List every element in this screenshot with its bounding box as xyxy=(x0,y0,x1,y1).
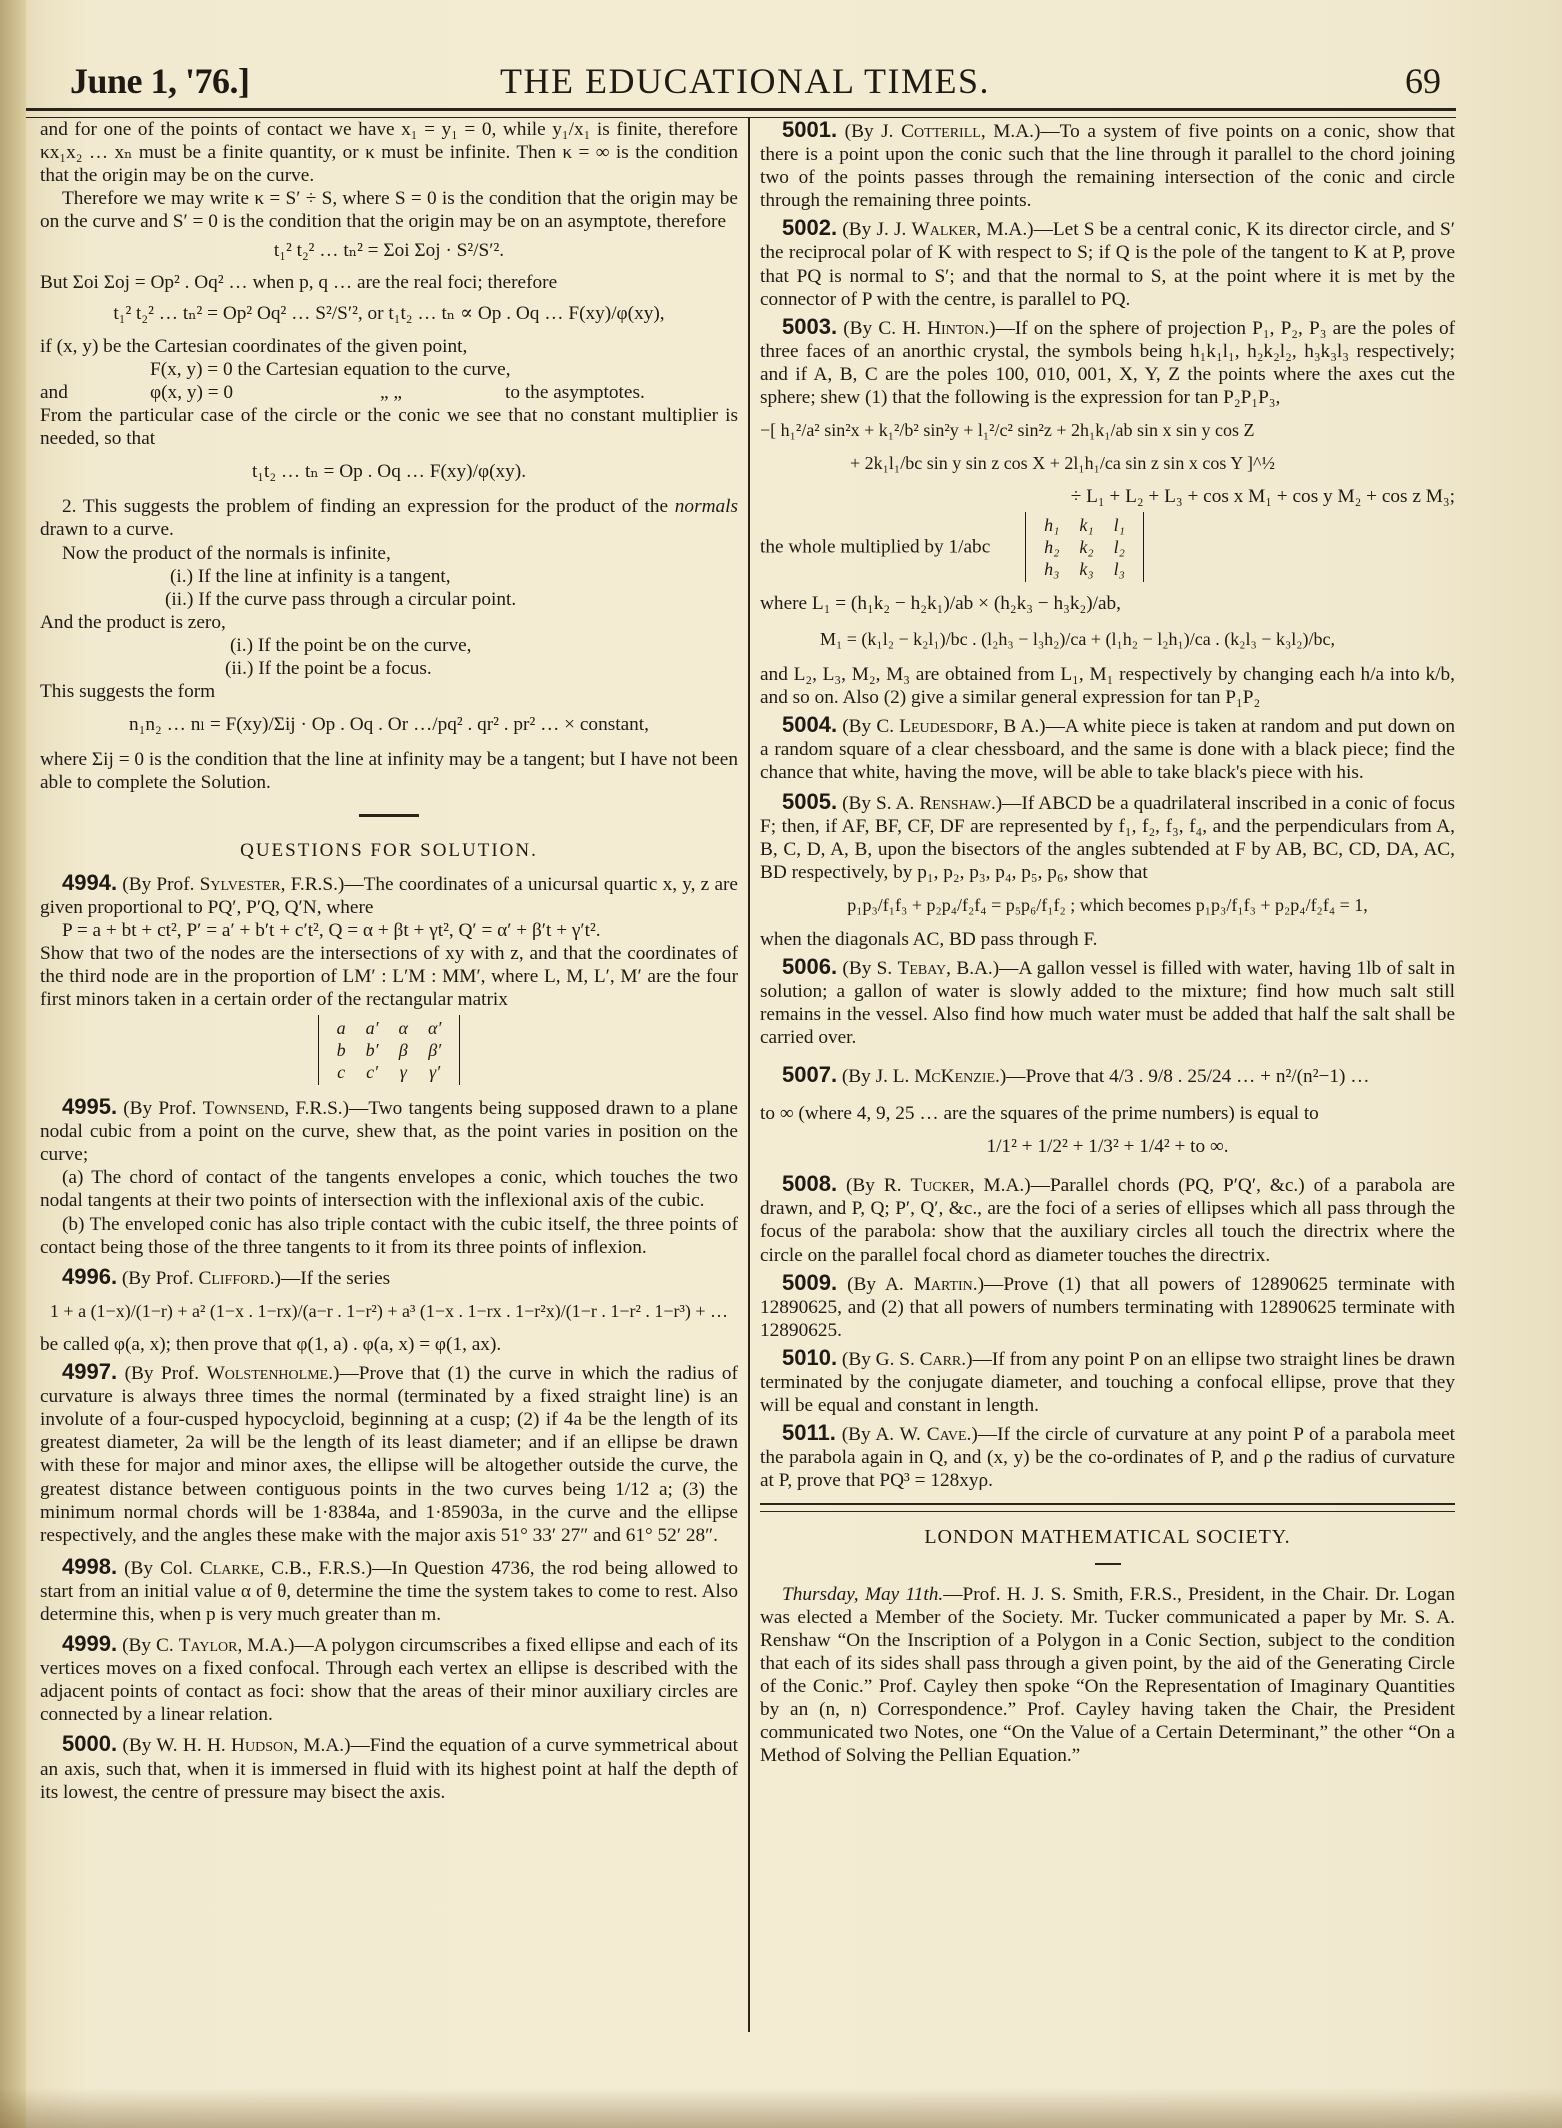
equation: n₁n₂ … nₗ = F(xy)/Σij · Op . Oq . Or …/p… xyxy=(40,713,738,736)
matrix-cell: a′ xyxy=(356,1017,389,1039)
list-item: (ii.) If the curve pass through a circul… xyxy=(40,588,738,611)
paragraph: Now the product of the normals is infini… xyxy=(40,542,738,565)
question-4994: 4994. (By Prof. Sylvester, F.R.S.)—The c… xyxy=(40,871,738,919)
section-rule xyxy=(760,1503,1455,1512)
matrix-wrap: aa′αα′bb′ββ′cc′γγ′ xyxy=(40,1015,738,1085)
equation: + 2k₁l₁/bc sin y sin z cos X + 2l₁h₁/ca … xyxy=(760,452,1455,475)
paragraph: From the particular case of the circle o… xyxy=(40,404,738,450)
matrix-cell: γ′ xyxy=(418,1061,451,1083)
paragraph: Therefore we may write κ = S′ ÷ S, where… xyxy=(40,187,738,233)
book-spine-shadow xyxy=(0,0,26,2128)
question-5007: 5007. (By J. L. McKenzie.)—Prove that 4/… xyxy=(760,1063,1455,1088)
paragraph: be called φ(a, x); then prove that φ(1, … xyxy=(40,1333,738,1356)
equation-text: φ(x, y) = 0 xyxy=(150,381,380,404)
short-rule xyxy=(1095,1563,1121,1565)
matrix-cell: a xyxy=(327,1017,356,1039)
section-rule xyxy=(359,814,419,817)
matrix-row: bb′ββ′ xyxy=(327,1039,452,1061)
matrix-row: h₂k₂l₂ xyxy=(1034,536,1135,558)
question-5009: 5009. (By A. Martin.)—Prove (1) that all… xyxy=(760,1271,1455,1342)
paragraph: and L₂, L₃, M₂, M₃ are obtained from L₁,… xyxy=(760,663,1455,709)
paragraph: where Σij = 0 is the condition that the … xyxy=(40,748,738,794)
matrix-row: aa′αα′ xyxy=(327,1017,452,1039)
determinant-matrix: h₁k₁l₁h₂k₂l₂h₃k₃l₃ xyxy=(1025,512,1144,582)
paragraph: Show that two of the nodes are the inter… xyxy=(40,942,738,1011)
list-item: (ii.) If the point be a focus. xyxy=(40,657,738,680)
matrix-row: cc′γγ′ xyxy=(327,1061,452,1083)
equation: t₁t₂ … tₙ = Op . Oq … F(xy)/φ(xy). xyxy=(40,460,738,483)
question-5008: 5008. (By R. Tucker, M.A.)—Parallel chor… xyxy=(760,1172,1455,1266)
paragraph: when the diagonals AC, BD pass through F… xyxy=(760,928,1455,951)
equation: t₁² t₂² … tₙ² = Σoi Σoj · S²/S′². xyxy=(40,239,738,262)
equation: −[ h₁²/a² sin²x + k₁²/b² sin²y + l₁²/c² … xyxy=(760,419,1455,442)
list-item: (i.) If the line at infinity is a tangen… xyxy=(40,565,738,588)
matrix-cell: l₂ xyxy=(1104,536,1135,558)
equation-text: the whole multiplied by 1/abc xyxy=(760,537,990,558)
equation-row: andφ(x, y) = 0„ „to the asymptotes. xyxy=(40,381,738,404)
section-title: QUESTIONS FOR SOLUTION. xyxy=(40,839,738,862)
matrix-cell: c xyxy=(327,1061,356,1083)
paragraph: 2. This suggests the problem of finding … xyxy=(40,495,738,541)
question-4997: 4997. (By Prof. Wolstenholme.)—Prove tha… xyxy=(40,1360,738,1547)
journal-title: THE EDUCATIONAL TIMES. xyxy=(500,60,990,102)
paragraph: (b) The enveloped conic has also triple … xyxy=(40,1213,738,1259)
question-4998: 4998. (By Col. Clarke, C.B., F.R.S.)—In … xyxy=(40,1555,738,1626)
question-5006: 5006. (By S. Tebay, B.A.)—A gallon vesse… xyxy=(760,955,1455,1049)
multiplier-row: the whole multiplied by 1/abc h₁k₁l₁h₂k₂… xyxy=(760,512,1455,582)
paragraph: to ∞ (where 4, 9, 25 … are the squares o… xyxy=(760,1102,1455,1125)
equation: where L₁ = (h₁k₂ − h₂k₁)/ab × (h₂k₃ − h₃… xyxy=(760,592,1455,615)
matrix-cell: b xyxy=(327,1039,356,1061)
left-column: and for one of the points of contact we … xyxy=(40,118,738,1804)
question-5001: 5001. (By J. Cotterill, M.A.)—To a syste… xyxy=(760,118,1455,212)
matrix-cell: l₃ xyxy=(1104,558,1135,580)
rectangular-matrix: aa′αα′bb′ββ′cc′γγ′ xyxy=(318,1015,461,1085)
equation: 1/1² + 1/2² + 1/3² + 1/4² + to ∞. xyxy=(760,1135,1455,1158)
matrix-cell: k₂ xyxy=(1069,536,1103,558)
column-divider xyxy=(748,117,750,2032)
question-5004: 5004. (By C. Leudesdorf, B A.)—A white p… xyxy=(760,713,1455,784)
paragraph: This suggests the form xyxy=(40,680,738,703)
matrix-cell: c′ xyxy=(356,1061,389,1083)
question-5005: 5005. (By S. A. Renshaw.)—If ABCD be a q… xyxy=(760,790,1455,884)
equation: p₁p₃/f₁f₃ + p₂p₄/f₂f₄ = p₅p₆/f₁f₂ ; whic… xyxy=(760,894,1455,917)
running-header: June 1, '76.] THE EDUCATIONAL TIMES. 69 xyxy=(40,60,1480,104)
matrix-cell: β′ xyxy=(418,1039,451,1061)
matrix-cell: α′ xyxy=(418,1017,451,1039)
matrix-cell: h₃ xyxy=(1034,558,1069,580)
equation: P = a + bt + ct², P′ = a′ + b′t + c′t², … xyxy=(40,919,738,942)
equation: 1 + a (1−x)/(1−r) + a² (1−x . 1−rx)/(a−r… xyxy=(40,1300,738,1323)
question-4995: 4995. (By Prof. Townsend, F.R.S.)—Two ta… xyxy=(40,1095,738,1166)
question-5002: 5002. (By J. J. Walker, M.A.)—Let S be a… xyxy=(760,216,1455,310)
matrix-row: h₃k₃l₃ xyxy=(1034,558,1135,580)
equation: M₁ = (k₁l₂ − k₂l₁)/bc . (l₂h₃ − l₃h₂)/ca… xyxy=(760,628,1455,651)
question-4996: 4996. (By Prof. Clifford.)—If the series xyxy=(40,1265,738,1290)
label: and xyxy=(40,381,150,404)
matrix-cell: l₁ xyxy=(1104,514,1135,536)
matrix-cell: γ xyxy=(389,1061,418,1083)
question-5010: 5010. (By G. S. Carr.)—If from any point… xyxy=(760,1346,1455,1417)
equation-text: F(x, y) = 0 the Cartesian equation to th… xyxy=(150,359,511,380)
equation: t₁² t₂² … tₙ² = Op² Oq² … S²/S′², or t₁t… xyxy=(40,302,738,325)
paragraph: (a) The chord of contact of the tangents… xyxy=(40,1166,738,1212)
paragraph: if (x, y) be the Cartesian coordinates o… xyxy=(40,335,738,358)
matrix-cell: k₃ xyxy=(1069,558,1103,580)
header-rule xyxy=(26,108,1456,118)
matrix-cell: β xyxy=(389,1039,418,1061)
society-title: LONDON MATHEMATICAL SOCIETY. xyxy=(760,1526,1455,1549)
society-report: Thursday, May 11th.—Prof. H. J. S. Smith… xyxy=(760,1583,1455,1768)
matrix-row: h₁k₁l₁ xyxy=(1034,514,1135,536)
page-number: 69 xyxy=(1405,60,1441,102)
question-5011: 5011. (By A. W. Cave.)—If the circle of … xyxy=(760,1421,1455,1492)
page: June 1, '76.] THE EDUCATIONAL TIMES. 69 … xyxy=(0,0,1562,2128)
question-4999: 4999. (By C. Taylor, M.A.)—A polygon cir… xyxy=(40,1632,738,1726)
question-5000: 5000. (By W. H. H. Hudson, M.A.)—Find th… xyxy=(40,1732,738,1803)
paragraph: But Σoi Σoj = Op² . Oq² … when p, q … ar… xyxy=(40,271,738,294)
paragraph: And the product is zero, xyxy=(40,611,738,634)
right-column: 5001. (By J. Cotterill, M.A.)—To a syste… xyxy=(760,118,1455,1767)
matrix-cell: α xyxy=(389,1017,418,1039)
ditto-marks: „ „ xyxy=(380,381,505,404)
list-item: (i.) If the point be on the curve, xyxy=(40,634,738,657)
paragraph: and for one of the points of contact we … xyxy=(40,118,738,187)
matrix-cell: h₁ xyxy=(1034,514,1069,536)
equation: F(x, y) = 0 the Cartesian equation to th… xyxy=(40,358,738,381)
question-5003: 5003. (By C. H. Hinton.)—If on the spher… xyxy=(760,315,1455,409)
issue-date: June 1, '76.] xyxy=(70,60,250,102)
matrix-cell: k₁ xyxy=(1069,514,1103,536)
equation-text: to the asymptotes. xyxy=(505,382,645,403)
matrix-cell: b′ xyxy=(356,1039,389,1061)
matrix-cell: h₂ xyxy=(1034,536,1069,558)
equation: ÷ L₁ + L₂ + L₃ + cos x M₁ + cos y M₂ + c… xyxy=(760,485,1455,508)
